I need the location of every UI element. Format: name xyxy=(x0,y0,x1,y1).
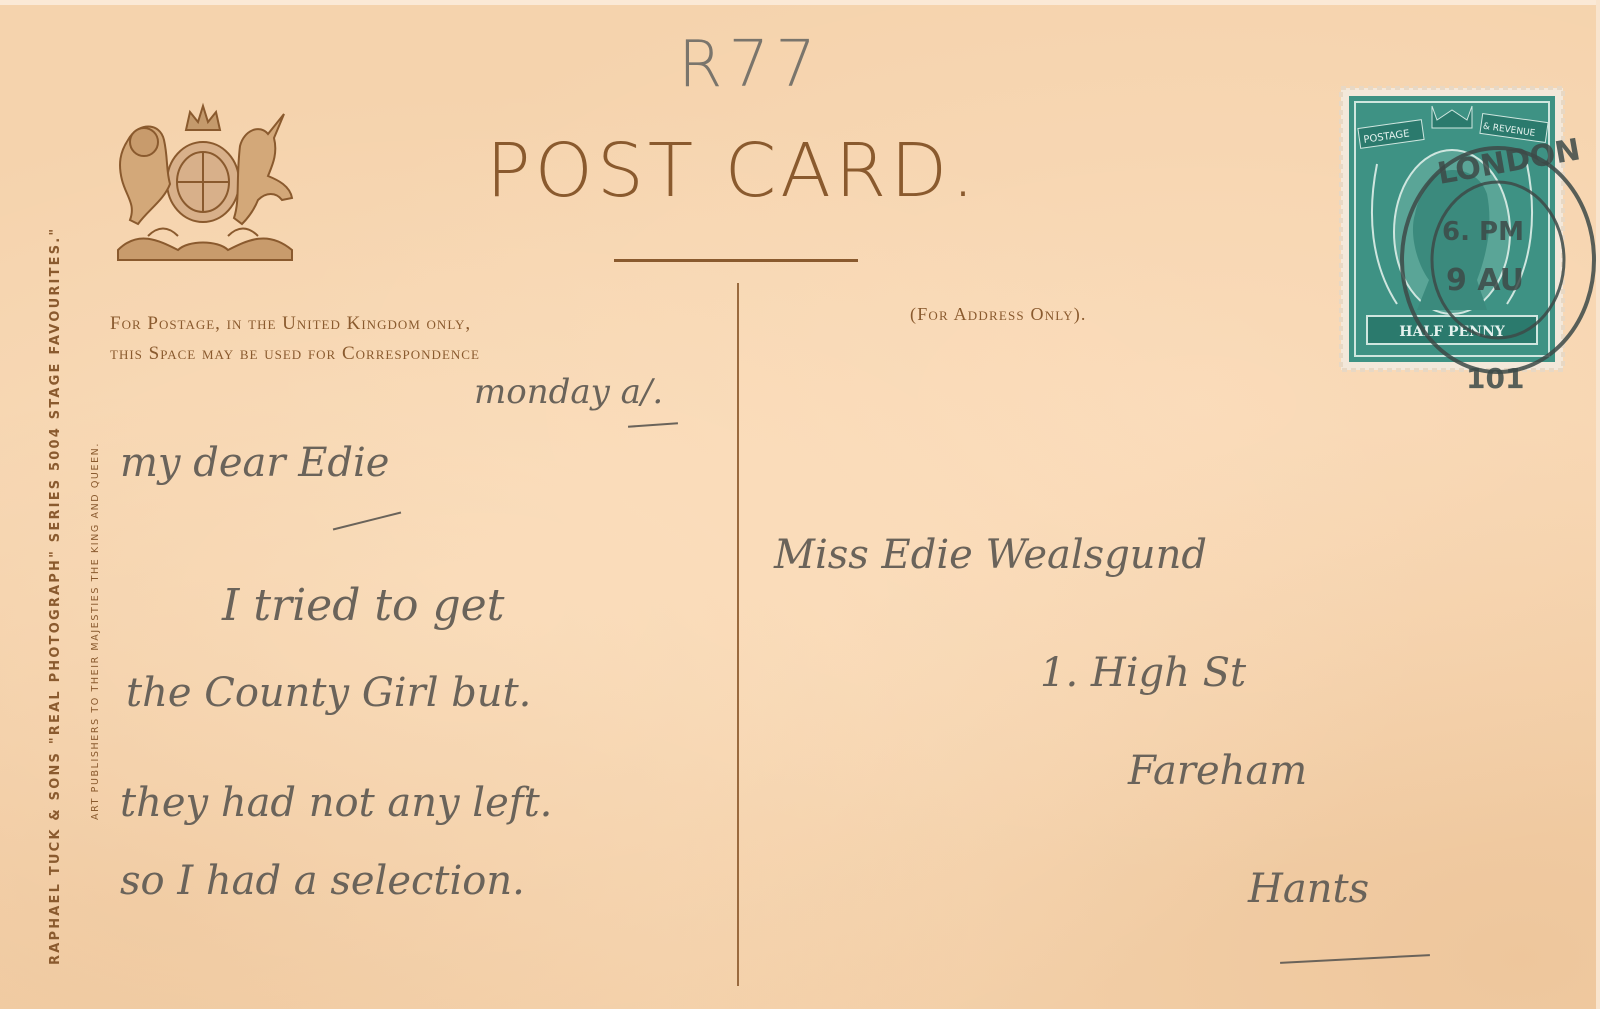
address-underline xyxy=(1280,954,1430,964)
postcard: R77 Raphael Tuck & Sons "Real Photograph… xyxy=(0,0,1600,1009)
address-line: 1. High St xyxy=(1040,650,1246,696)
postmark-icon: LONDON 6. PM 9 AU 101 xyxy=(1380,120,1600,400)
message-date: monday a/. xyxy=(474,372,663,412)
royal-coat-of-arms-icon xyxy=(108,100,298,265)
svg-text:9 AU: 9 AU xyxy=(1446,263,1524,298)
publisher-subline: Art Publishers to Their Majesties the Ki… xyxy=(90,442,101,820)
date-underline xyxy=(628,422,678,427)
address-line: Fareham xyxy=(1128,748,1307,794)
page-title: POST CARD. xyxy=(486,128,979,214)
correspondence-note-line1: For Postage, in the United Kingdom only, xyxy=(110,309,480,339)
message-line: I tried to get xyxy=(222,580,504,631)
svg-text:101: 101 xyxy=(1466,362,1524,395)
title-underline xyxy=(614,259,858,262)
publisher-line: Raphael Tuck & Sons "Real Photograph" Se… xyxy=(48,227,63,965)
correspondence-note-line2: this Space may be used for Correspondenc… xyxy=(110,339,480,369)
message-line: so I had a selection. xyxy=(120,858,525,904)
message-line: they had not any left. xyxy=(120,780,552,826)
address-line: Miss Edie Wealsgund xyxy=(774,532,1207,578)
message-greeting: my dear Edie xyxy=(120,440,389,486)
card-top-edge xyxy=(0,0,1600,5)
correspondence-note: For Postage, in the United Kingdom only,… xyxy=(110,309,480,369)
address-note: (For Address Only). xyxy=(910,304,1087,325)
message-line: the County Girl but. xyxy=(126,670,531,716)
greeting-dash xyxy=(333,512,401,531)
svg-text:6. PM: 6. PM xyxy=(1442,217,1524,247)
address-line: Hants xyxy=(1248,866,1369,912)
center-divider xyxy=(737,283,739,986)
reference-mark: R77 xyxy=(678,28,822,102)
